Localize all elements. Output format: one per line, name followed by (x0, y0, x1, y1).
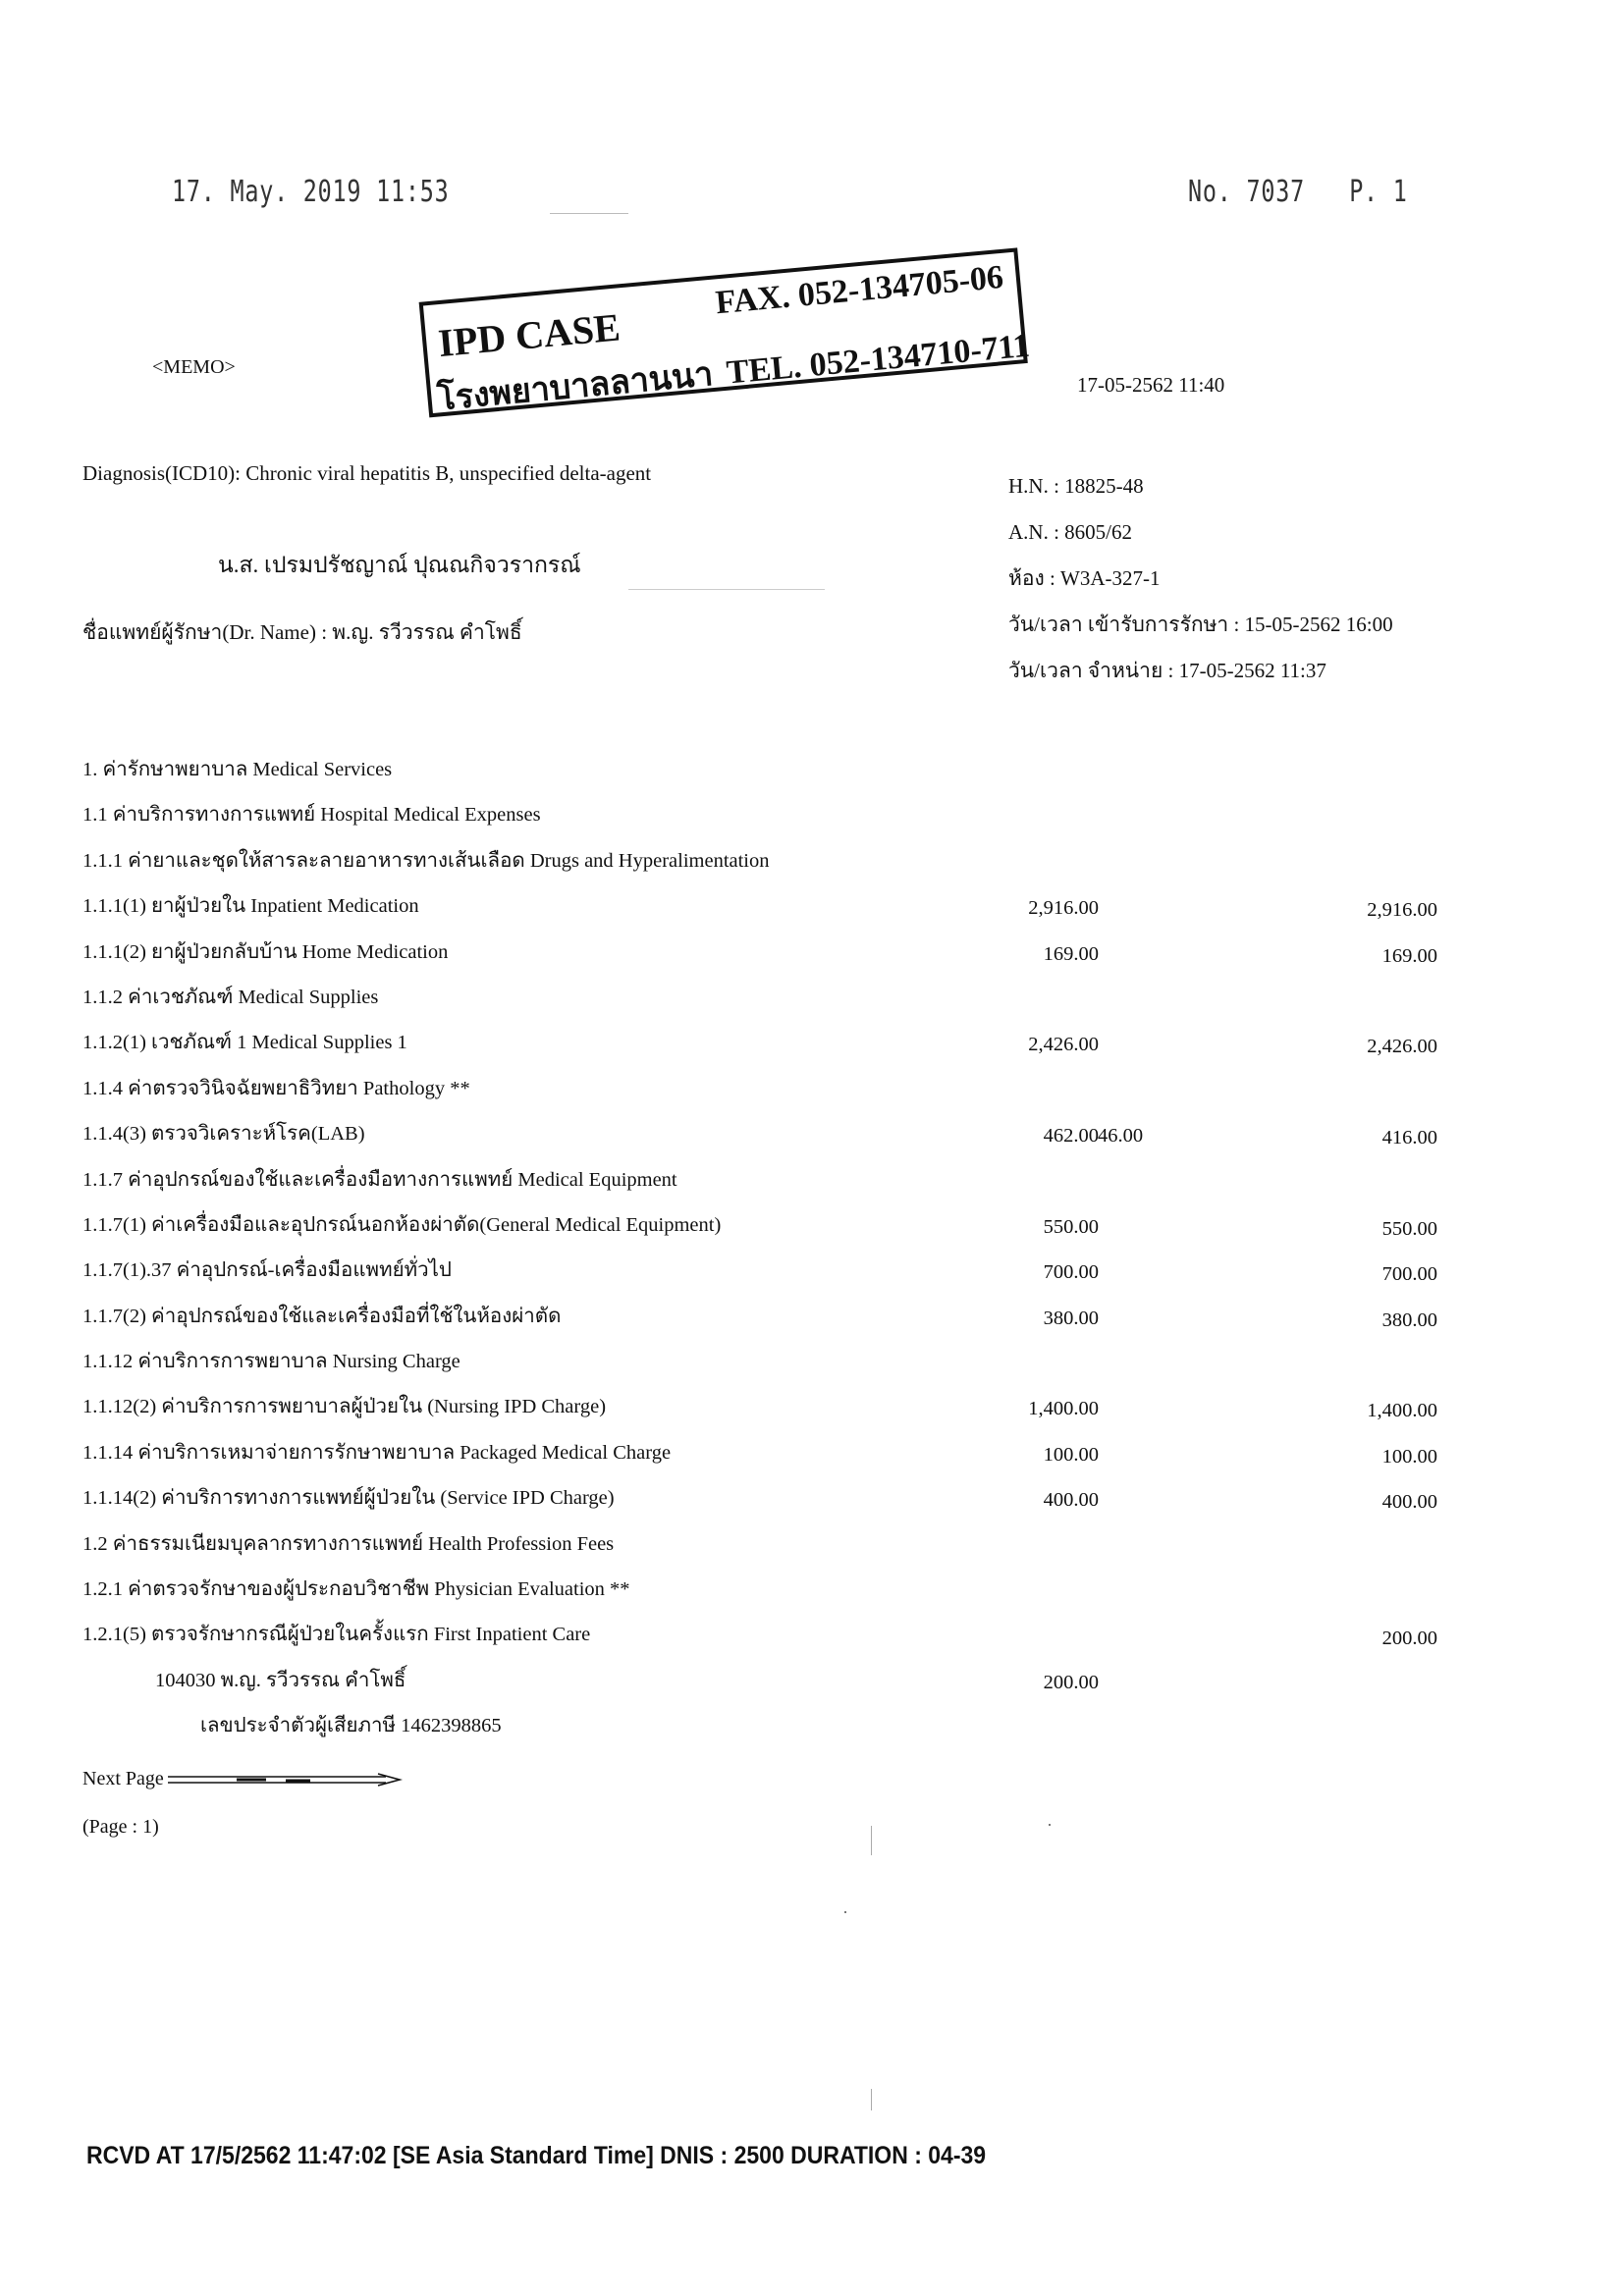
charge-item-row: 1.1.2(1) เวชภัณฑ์ 1 Medical Supplies 12,… (82, 1026, 1437, 1071)
next-page-indicator: Next Page (82, 1768, 404, 1790)
charge-net: 416.00 (1280, 1127, 1437, 1149)
charge-item-label: 1.1.2(1) เวชภัณฑ์ 1 Medical Supplies 1 (82, 1026, 407, 1058)
charge-item-row: 1. ค่ารักษาพยาบาล Medical Services (82, 753, 1437, 798)
charge-item-row: 1.1.14(2) ค่าบริการทางการแพทย์ผู้ป่วยใน … (82, 1481, 1437, 1526)
charge-item-label: 1.1.1(1) ยาผู้ป่วยใน Inpatient Medicatio… (82, 889, 419, 922)
charge-net: 550.00 (1280, 1218, 1437, 1241)
charge-item-row: 1.1.12(2) ค่าบริการการพยาบาลผู้ป่วยใน (N… (82, 1390, 1437, 1435)
charge-amount: 169.00 (942, 943, 1099, 966)
charge-net: 200.00 (1280, 1628, 1437, 1650)
charge-items-list: 1. ค่ารักษาพยาบาล Medical Services1.1 ค่… (82, 753, 1437, 1755)
scan-noise (871, 1826, 872, 1855)
fax-page: P. 1 (1349, 175, 1407, 209)
charge-item-label: 1.1.7 ค่าอุปกรณ์ของใช้และเครื่องมือทางกา… (82, 1163, 677, 1196)
fax-header-datetime: 17. May. 2019 11:53 (172, 175, 449, 209)
charge-item-row: 1.1.4(3) ตรวจวิเคราะห์โรค(LAB)462.0046.0… (82, 1117, 1437, 1162)
charge-net: 700.00 (1280, 1263, 1437, 1286)
charge-item-label: 1.1.7(1).37 ค่าอุปกรณ์-เครื่องมือแพทย์ทั… (82, 1254, 452, 1286)
charge-item-label: เลขประจำตัวผู้เสียภาษี 1462398865 (200, 1709, 502, 1741)
page-number: (Page : 1) (82, 1816, 159, 1839)
fax-receipt-footer: RCVD AT 17/5/2562 11:47:02 [SE Asia Stan… (86, 2142, 986, 2170)
charge-item-row: 1.1.1(1) ยาผู้ป่วยใน Inpatient Medicatio… (82, 889, 1437, 934)
charge-item-label: 1.2 ค่าธรรมเนียมบุคลากรทางการแพทย์ Healt… (82, 1527, 614, 1560)
diagnosis: Diagnosis(ICD10): Chronic viral hepatiti… (82, 461, 651, 486)
charge-item-row: 1.2 ค่าธรรมเนียมบุคลากรทางการแพทย์ Healt… (82, 1527, 1437, 1573)
charge-net: 380.00 (1280, 1309, 1437, 1332)
charge-item-row: 1.1.4 ค่าตรวจวินิจฉัยพยาธิวิทยา Patholog… (82, 1072, 1437, 1117)
ipd-case-stamp: IPD CASE FAX. 052-134705-06 โรงพยาบาลลาน… (415, 208, 1031, 407)
charge-net: 1,400.00 (1280, 1400, 1437, 1422)
charge-item-label: 1.1.2 ค่าเวชภัณฑ์ Medical Supplies (82, 981, 378, 1013)
hn-number: H.N. : 18825-48 (1008, 463, 1393, 509)
charge-item-row: 1.1.7(1) ค่าเครื่องมือและอุปกรณ์นอกห้องผ… (82, 1208, 1437, 1254)
charge-amount: 462.00 (942, 1125, 1099, 1148)
discharge-datetime: วัน/เวลา จำหน่าย : 17-05-2562 11:37 (1008, 648, 1393, 694)
charge-net: 2,426.00 (1280, 1036, 1437, 1058)
charge-item-label: 1.1.12(2) ค่าบริการการพยาบาลผู้ป่วยใน (N… (82, 1390, 606, 1422)
charge-amount: 700.00 (942, 1261, 1099, 1284)
print-datetime: 17-05-2562 11:40 (1077, 373, 1224, 398)
charge-item-label: 104030 พ.ญ. รวีวรรณ คำโพธิ์ (155, 1664, 406, 1696)
charge-item-row: เลขประจำตัวผู้เสียภาษี 1462398865 (82, 1709, 1437, 1754)
charge-amount: 2,426.00 (942, 1034, 1099, 1056)
charge-amount: 1,400.00 (942, 1398, 1099, 1420)
charge-amount: 100.00 (942, 1444, 1099, 1467)
charge-item-row: 1.1.14 ค่าบริการเหมาจ่ายการรักษาพยาบาล P… (82, 1436, 1437, 1481)
scan-noise (550, 213, 628, 214)
admission-info: H.N. : 18825-48 A.N. : 8605/62 ห้อง : W3… (1008, 463, 1393, 694)
charge-item-row: 1.1.12 ค่าบริการการพยาบาล Nursing Charge (82, 1345, 1437, 1390)
charge-net: 400.00 (1280, 1491, 1437, 1514)
charge-net: 169.00 (1280, 945, 1437, 968)
charge-item-label: 1.1.12 ค่าบริการการพยาบาล Nursing Charge (82, 1345, 460, 1377)
charge-discount: 46.00 (1098, 1125, 1143, 1148)
fax-number: No. 7037 (1188, 175, 1305, 209)
charge-item-row: 1.1.1(2) ยาผู้ป่วยกลับบ้าน Home Medicati… (82, 935, 1437, 981)
charge-amount: 380.00 (942, 1308, 1099, 1330)
charge-item-label: 1.1.1(2) ยาผู้ป่วยกลับบ้าน Home Medicati… (82, 935, 448, 968)
charge-item-label: 1.2.1(5) ตรวจรักษากรณีผู้ป่วยในครั้งแรก … (82, 1618, 590, 1650)
scan-noise (1049, 1824, 1051, 1826)
charge-item-label: 1.1.4 ค่าตรวจวินิจฉัยพยาธิวิทยา Patholog… (82, 1072, 470, 1104)
charge-net: 100.00 (1280, 1446, 1437, 1468)
charge-item-label: 1.1.14(2) ค่าบริการทางการแพทย์ผู้ป่วยใน … (82, 1481, 615, 1514)
charge-item-label: 1.1.1 ค่ายาและชุดให้สารละลายอาหารทางเส้น… (82, 844, 770, 877)
charge-amount: 200.00 (942, 1672, 1099, 1694)
an-number: A.N. : 8605/62 (1008, 509, 1393, 556)
charge-item-row: 104030 พ.ญ. รวีวรรณ คำโพธิ์200.00 (82, 1664, 1437, 1709)
charge-item-row: 1.2.1(5) ตรวจรักษากรณีผู้ป่วยในครั้งแรก … (82, 1618, 1437, 1663)
patient-name: น.ส. เปรมปรัชญาณ์ ปุณณกิจวรากรณ์ (218, 548, 581, 583)
double-arrow-right-icon (168, 1773, 404, 1787)
charge-item-label: 1.1.7(2) ค่าอุปกรณ์ของใช้และเครื่องมือที… (82, 1300, 561, 1332)
admit-datetime: วัน/เวลา เข้ารับการรักษา : 15-05-2562 16… (1008, 602, 1393, 648)
charge-item-row: 1.1.1 ค่ายาและชุดให้สารละลายอาหารทางเส้น… (82, 844, 1437, 889)
charge-item-row: 1.1.2 ค่าเวชภัณฑ์ Medical Supplies (82, 981, 1437, 1026)
doctor-name: ชื่อแพทย์ผู้รักษา(Dr. Name) : พ.ญ. รวีวร… (82, 616, 522, 649)
charge-item-label: 1.1.14 ค่าบริการเหมาจ่ายการรักษาพยาบาล P… (82, 1436, 671, 1468)
scan-noise (844, 1911, 846, 1913)
charge-item-label: 1.2.1 ค่าตรวจรักษาของผู้ประกอบวิชาชีพ Ph… (82, 1573, 630, 1605)
fax-document-page: 17. May. 2019 11:53 No. 7037P. 1 <MEMO> … (0, 0, 1623, 2296)
charge-item-row: 1.1 ค่าบริการทางการแพทย์ Hospital Medica… (82, 798, 1437, 843)
charge-item-row: 1.1.7 ค่าอุปกรณ์ของใช้และเครื่องมือทางกา… (82, 1163, 1437, 1208)
charge-item-label: 1.1.4(3) ตรวจวิเคราะห์โรค(LAB) (82, 1117, 365, 1149)
charge-net: 2,916.00 (1280, 899, 1437, 922)
room: ห้อง : W3A-327-1 (1008, 556, 1393, 602)
memo-label: <MEMO> (152, 356, 236, 379)
scan-noise (871, 2089, 872, 2110)
charge-amount: 400.00 (942, 1489, 1099, 1512)
fax-header-number: No. 7037P. 1 (1188, 175, 1452, 209)
charge-amount: 2,916.00 (942, 897, 1099, 920)
charge-item-label: 1. ค่ารักษาพยาบาล Medical Services (82, 753, 392, 785)
charge-amount: 550.00 (942, 1216, 1099, 1239)
charge-item-row: 1.2.1 ค่าตรวจรักษาของผู้ประกอบวิชาชีพ Ph… (82, 1573, 1437, 1618)
scan-noise (628, 589, 825, 590)
charge-item-label: 1.1 ค่าบริการทางการแพทย์ Hospital Medica… (82, 798, 541, 830)
charge-item-row: 1.1.7(1).37 ค่าอุปกรณ์-เครื่องมือแพทย์ทั… (82, 1254, 1437, 1299)
next-page-label: Next Page (82, 1768, 164, 1790)
charge-item-row: 1.1.7(2) ค่าอุปกรณ์ของใช้และเครื่องมือที… (82, 1300, 1437, 1345)
charge-item-label: 1.1.7(1) ค่าเครื่องมือและอุปกรณ์นอกห้องผ… (82, 1208, 721, 1241)
